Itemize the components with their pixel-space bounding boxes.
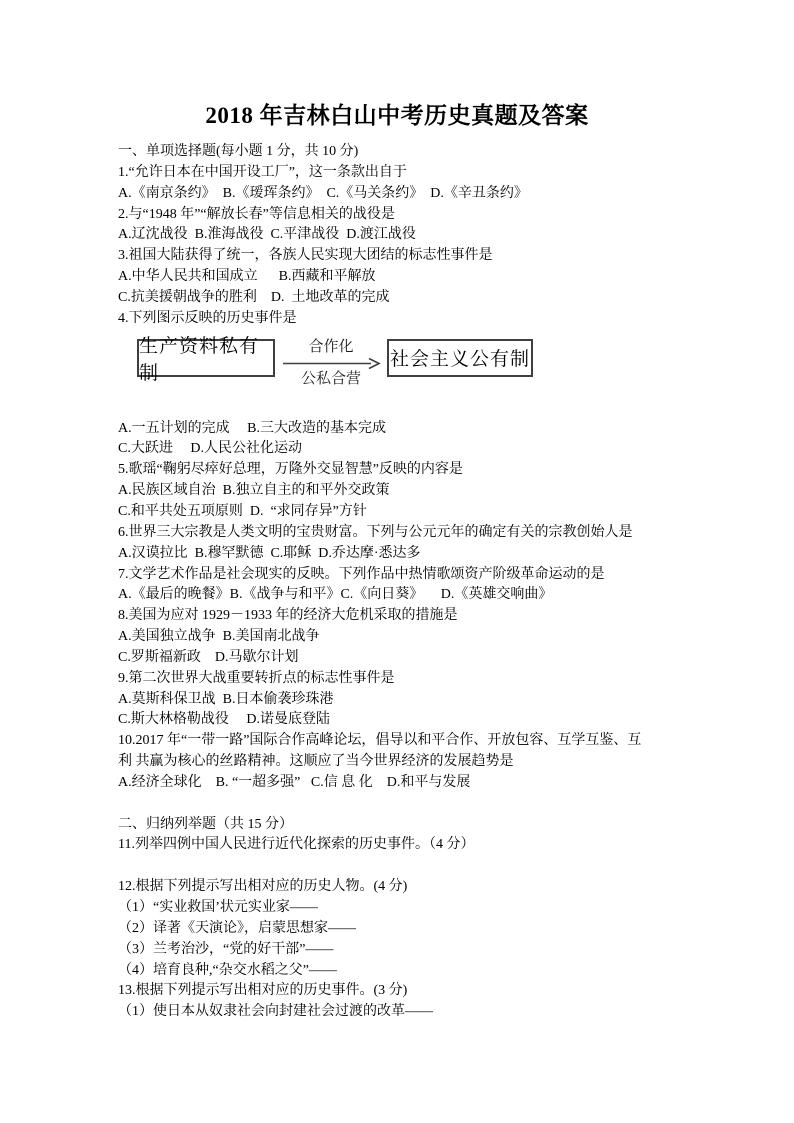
- q2-options: A.辽沈战役 B.淮海战役 C.平津战役 D.渡江战役: [118, 225, 738, 246]
- q9-options-cd: C.斯大林格勒战役 D.诺曼底登陆: [118, 710, 738, 731]
- q13-item-1: （1）使日本从奴隶社会向封建社会过渡的改革——: [118, 1002, 738, 1023]
- q8-stem: 8.美国为应对 1929－1933 年的经济大危机采取的措施是: [118, 606, 738, 627]
- blank-line: [118, 856, 738, 877]
- q12-stem: 12.根据下列提示写出相对应的历史人物。(4 分): [118, 877, 738, 898]
- q4-options-cd: C.大跃进 D.人民公社化运动: [118, 439, 738, 460]
- q12-item-4: （4）培育良种,“杂交水稻之父”——: [118, 961, 738, 982]
- q2-stem: 2.与“1948 年”“解放长春”等信息相关的战役是: [118, 205, 738, 226]
- q6-stem: 6.世界三大宗教是人类文明的宝贵财富。下列与公元元年的确定有关的宗教创始人是: [118, 523, 738, 544]
- q11-stem: 11.列举四例中国人民进行近代化探索的历史事件。（4 分）: [118, 835, 738, 856]
- q4-stem: 4.下列图示反映的历史事件是: [118, 309, 738, 330]
- arrow-right-icon: [281, 357, 381, 370]
- q10-options: A.经济全球化 B. “一超多强” C.信 息 化 D.和平与发展: [118, 773, 738, 794]
- q4-options-ab: A.一五计划的完成 B.三大改造的基本完成: [118, 419, 738, 440]
- q6-options: A.汉谟拉比 B.穆罕默德 C.耶稣 D.乔达摩·悉达多: [118, 544, 738, 565]
- q7-stem: 7.文学艺术作品是社会现实的反映。下列作品中热情歌颂资产阶级革命运动的是: [118, 565, 738, 586]
- diagram-left-box: 生产资料私有制: [137, 339, 275, 377]
- q8-options-ab: A.美国独立战争 B.美国南北战争: [118, 627, 738, 648]
- q9-options-ab: A.莫斯科保卫战 B.日本偷袭珍珠港: [118, 690, 738, 711]
- q10-stem-line2: 利 共赢为核心的丝路精神。这顺应了当今世界经济的发展趋势是: [118, 752, 738, 773]
- q5-stem: 5.歌瑶“鞠躬尽瘁好总理，万隆外交显智慧”反映的内容是: [118, 460, 738, 481]
- q8-options-cd: C.罗斯福新政 D.马歇尔计划: [118, 648, 738, 669]
- section-two-heading: 二、归纳列举题（共 15 分）: [118, 815, 738, 836]
- document-body: 一、单项选择题(每小题 1 分，共 10 分) 1.“允许日本在中国开设工厂”，…: [118, 142, 738, 1023]
- q9-stem: 9.第二次世界大战重要转折点的标志性事件是: [118, 669, 738, 690]
- q5-options-cd: C.和平共处五项原则 D. “求同存异”方针: [118, 502, 738, 523]
- q1-options: A.《南京条约》 B.《瑷珲条约》 C.《马关条约》 D.《辛丑条约》: [118, 184, 738, 205]
- q3-options-ab: A.中华人民共和国成立 B.西藏和平解放: [118, 267, 738, 288]
- q7-options: A.《最后的晚餐》B.《战争与和平》C.《向日葵》 D.《英雄交响曲》: [118, 585, 738, 606]
- diagram-arrow-group: 合作化 公私合营: [275, 339, 387, 388]
- exam-document-page: 2018 年吉林白山中考历史真题及答案 一、单项选择题(每小题 1 分，共 10…: [0, 0, 794, 1123]
- blank-line: [118, 794, 738, 815]
- q13-stem: 13.根据下列提示写出相对应的历史事件。(3 分): [118, 981, 738, 1002]
- q3-stem: 3.祖国大陆获得了统一，各族人民实现大团结的标志性事件是: [118, 246, 738, 267]
- q12-item-3: （3）兰考治沙，“党的好干部”——: [118, 940, 738, 961]
- document-title: 2018 年吉林白山中考历史真题及答案: [0, 0, 794, 130]
- diagram-right-box: 社会主义公有制: [387, 339, 533, 377]
- q10-stem-line1: 10.2017 年“一带一路”国际合作高峰论坛，倡导以和平合作、开放包容、互学互…: [118, 731, 738, 752]
- q1-stem: 1.“允许日本在中国开设工厂”，这一条款出自于: [118, 163, 738, 184]
- q4-transition-diagram: 生产资料私有制 合作化 公私合营 社会主义公有制: [137, 339, 738, 388]
- q5-options-ab: A.民族区域自治 B.独立自主的和平外交政策: [118, 481, 738, 502]
- q12-item-1: （1）“实业救国’状元实业家——: [118, 898, 738, 919]
- q12-item-2: （2）译著《天演论》，启蒙思想家——: [118, 919, 738, 940]
- diagram-arrow-top-label: 合作化: [308, 339, 353, 356]
- section-one-heading: 一、单项选择题(每小题 1 分，共 10 分): [118, 142, 738, 163]
- q3-options-cd: C.抗美援朝战争的胜利 D. 土地改革的完成: [118, 288, 738, 309]
- diagram-arrow-bottom-label: 公私合营: [301, 371, 361, 388]
